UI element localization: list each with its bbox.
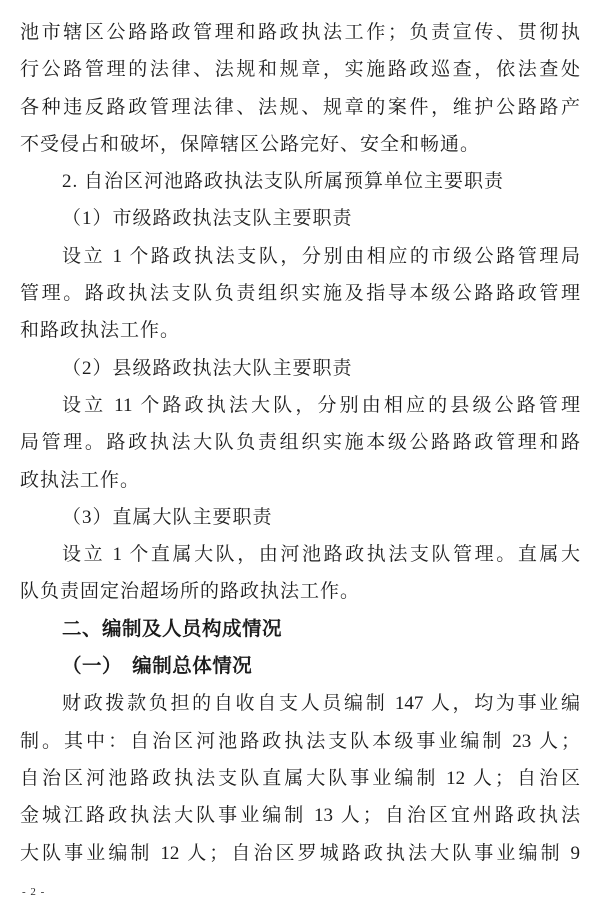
text-line: 财政拨款负担的自收自支人员编制 147 人，均为事业编	[20, 685, 580, 722]
text-line: 制。其中：自治区河池路政执法支队本级事业编制 23 人；	[20, 723, 580, 760]
text-line: 设立 11 个路政执法大队，分别由相应的县级公路管理	[20, 387, 580, 424]
text-line: 队负责固定治超场所的路政执法工作。	[20, 573, 580, 610]
text-line: 池市辖区公路路政管理和路政执法工作；负责宣传、贯彻执	[20, 14, 580, 51]
text-line: （3）直属大队主要职责	[20, 499, 580, 536]
heading-line: （一） 编制总体情况	[20, 648, 580, 685]
text-line: 各种违反路政管理法律、法规、规章的案件，维护公路路产	[20, 89, 580, 126]
text-line: 局管理。路政执法大队负责组织实施本级公路路政管理和路	[20, 424, 580, 461]
document-body: 池市辖区公路路政管理和路政执法工作；负责宣传、贯彻执行公路管理的法律、法规和规章…	[0, 0, 600, 872]
page-number: - 2 -	[22, 886, 45, 898]
text-line: 2. 自治区河池路政执法支队所属预算单位主要职责	[20, 163, 580, 200]
page-footer: - 2 -	[22, 886, 45, 898]
text-line: 金城江路政执法大队事业编制 13 人；自治区宜州路政执法	[20, 797, 580, 834]
text-line: 和路政执法工作。	[20, 312, 580, 349]
text-line: 自治区河池路政执法支队直属大队事业编制 12 人；自治区	[20, 760, 580, 797]
text-line: 不受侵占和破坏，保障辖区公路完好、安全和畅通。	[20, 126, 580, 163]
text-line: 行公路管理的法律、法规和规章，实施路政巡查，依法查处	[20, 51, 580, 88]
text-line: 政执法工作。	[20, 462, 580, 499]
text-line: 设立 1 个路政执法支队，分别由相应的市级公路管理局	[20, 238, 580, 275]
document-page: 池市辖区公路路政管理和路政执法工作；负责宣传、贯彻执行公路管理的法律、法规和规章…	[0, 0, 600, 919]
heading-line: 二、编制及人员构成情况	[20, 611, 580, 648]
text-line: 管理。路政执法支队负责组织实施及指导本级公路路政管理	[20, 275, 580, 312]
text-line: （2）县级路政执法大队主要职责	[20, 350, 580, 387]
text-line: 大队事业编制 12 人；自治区罗城路政执法大队事业编制 9	[20, 835, 580, 872]
text-line: （1）市级路政执法支队主要职责	[20, 200, 580, 237]
text-line: 设立 1 个直属大队，由河池路政执法支队管理。直属大	[20, 536, 580, 573]
